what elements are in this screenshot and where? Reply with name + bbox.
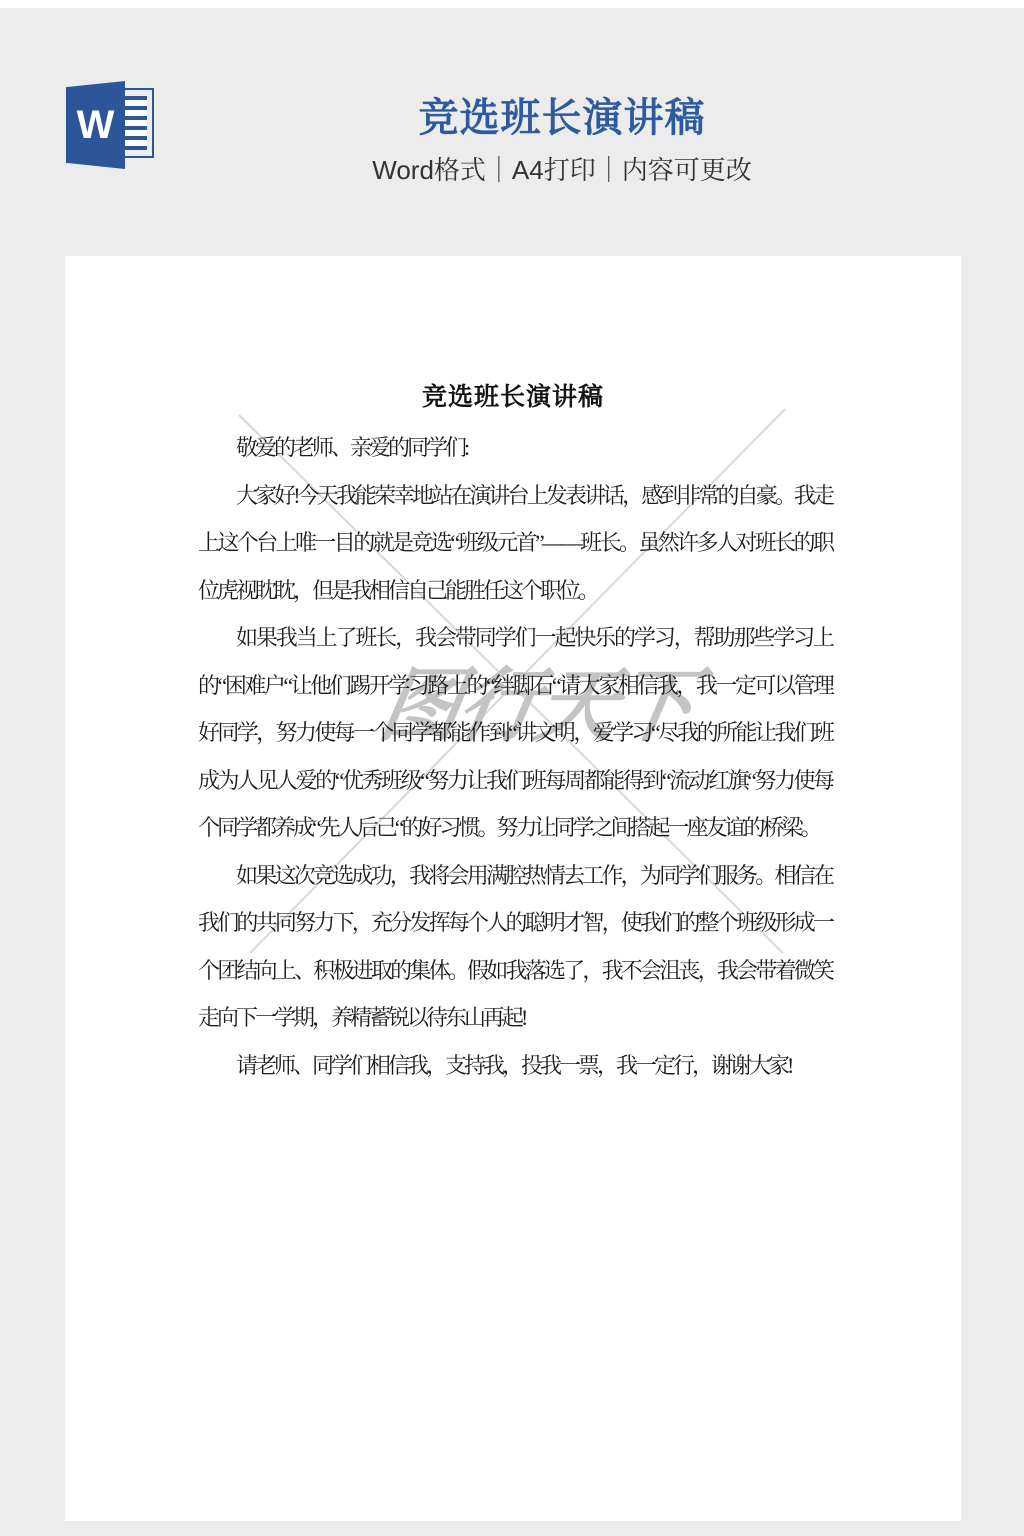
- document-page: 图行天下 竞选班长演讲稿 敬爱的老师、亲爱的同学们: 大家好!今天我能荣幸地站在…: [65, 256, 961, 1521]
- document-body: 敬爱的老师、亲爱的同学们: 大家好!今天我能荣幸地站在演讲台上发表讲话，感到非常…: [198, 424, 832, 1089]
- paragraph: 大家好!今天我能荣幸地站在演讲台上发表讲话，感到非常的自豪。我走上这个台上唯一目…: [198, 472, 832, 615]
- header-text: 竞选班长演讲稿 Word格式｜A4打印｜内容可更改: [50, 96, 1024, 185]
- paragraph: 如果这次竞选成功，我将会用满腔热情去工作，为同学们服务。相信在我们的共同努力下，…: [198, 852, 832, 1042]
- top-white-strip: [0, 0, 1024, 8]
- paragraph-salutation: 敬爱的老师、亲爱的同学们:: [198, 424, 832, 472]
- document-title: 竞选班长演讲稿: [65, 383, 961, 413]
- page-title: 竞选班长演讲稿: [50, 96, 1024, 140]
- paragraph: 如果我当上了班长，我会带同学们一起快乐的学习，帮助那些学习上的“困难户“让他们踢…: [198, 614, 832, 852]
- paragraph: 请老师、同学们相信我，支持我，投我一票，我一定行，谢谢大家!: [198, 1042, 832, 1090]
- page-subtitle: Word格式｜A4打印｜内容可更改: [50, 155, 1024, 185]
- screen: W 竞选班长演讲稿 Word格式｜A4打印｜内容可更改 图行天下 竞选班长演讲稿…: [0, 0, 1024, 1536]
- header: W 竞选班长演讲稿 Word格式｜A4打印｜内容可更改: [0, 8, 1024, 248]
